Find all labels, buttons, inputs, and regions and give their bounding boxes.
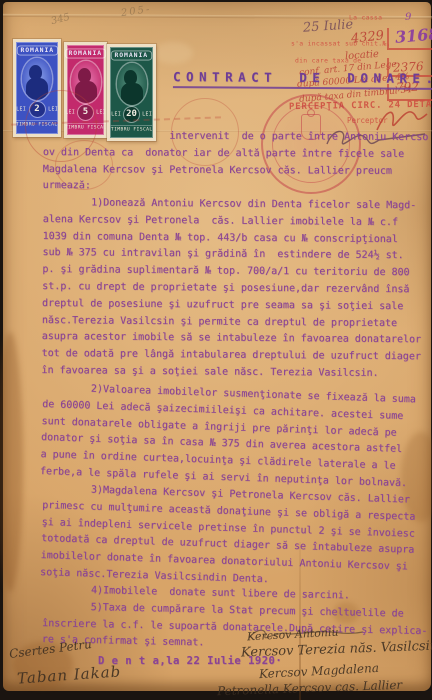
paper-sheet: 345 205- ROMANIA LEI 2 LEI TIMBRU FISCAL… [3, 2, 431, 691]
paragraph-intro: intervenit de o parte între Antoniu Kerc… [43, 128, 428, 197]
fiscal-stamp-pink: ROMANIA LEI 5 LEI TIMBRU FISCAL [64, 42, 107, 138]
fiscal-stamp-green: ROMANIA LEI 20 LEI TIMBRU FISCAL [107, 44, 156, 141]
contract-title: CONTRACT DE DONARE. [173, 69, 432, 90]
handwritten-superscript: 9 [405, 12, 411, 23]
paper-stain [0, 332, 23, 592]
currency-label: LEI [96, 110, 106, 116]
pencil-note: 345 [50, 12, 71, 27]
king-portrait [117, 63, 147, 105]
receipt-label-cassa: La cassa [349, 14, 382, 21]
stamp-value: 2 [30, 102, 45, 117]
currency-label: LEI [142, 112, 152, 118]
king-portrait [71, 61, 101, 103]
red-rule [387, 28, 389, 48]
pencil-note: 205- [120, 4, 152, 19]
stamp-country-label: ROMANIA [111, 50, 152, 60]
paragraph-punct-1: 1)Donează Antoniu Kercsov din Denta fice… [41, 195, 428, 383]
paragraph-punct-3: 3)Magdalena Kercsov şi Petronela Kercsov… [40, 481, 428, 594]
body-line: în favoarea sa şi a soţiei sale născ. Te… [41, 363, 426, 383]
document-photo: 345 205- ROMANIA LEI 2 LEI TIMBRU FISCAL… [0, 0, 432, 700]
body-line: Magdalena Kercsov şi Petronela Kercsov c… [43, 162, 428, 181]
body-line: ov din Denta ca donator iar de altă part… [43, 145, 428, 164]
red-rule [387, 48, 432, 50]
body-line: intervenit de o parte între Antoniu Kerc… [43, 128, 428, 147]
stamp-value: 5 [78, 105, 93, 120]
witness-signature: Taban Iakab [16, 662, 121, 687]
currency-label: LEI [48, 107, 58, 113]
handwritten-registry-number: 3168 [394, 24, 432, 47]
stamp-country-label: ROMANIA [65, 48, 106, 58]
king-portrait [22, 58, 52, 100]
currency-label: LEI [111, 112, 121, 118]
contract-body: intervenit de o parte între Antoniu Kerc… [43, 128, 428, 649]
handwritten-date: 25 Iulie [303, 17, 354, 35]
stamp-design: ROMANIA LEI 20 LEI TIMBRU FISCAL [110, 47, 153, 138]
currency-label: LEI [65, 110, 75, 116]
paper-stain [153, 42, 193, 64]
body-line: urmează: [43, 178, 428, 197]
stamp-design: ROMANIA LEI 2 LEI TIMBRU FISCAL [16, 42, 58, 134]
handwritten-tax-kind: locatie [345, 49, 380, 62]
stamp-country-label: ROMANIA [17, 45, 58, 55]
paragraph-punct-2: 2)Valoarea imobilelor susmenţionate se f… [40, 380, 428, 493]
currency-label: LEI [16, 107, 26, 113]
party-signature: Petronella Kercsov cas. Lallier [217, 678, 403, 698]
